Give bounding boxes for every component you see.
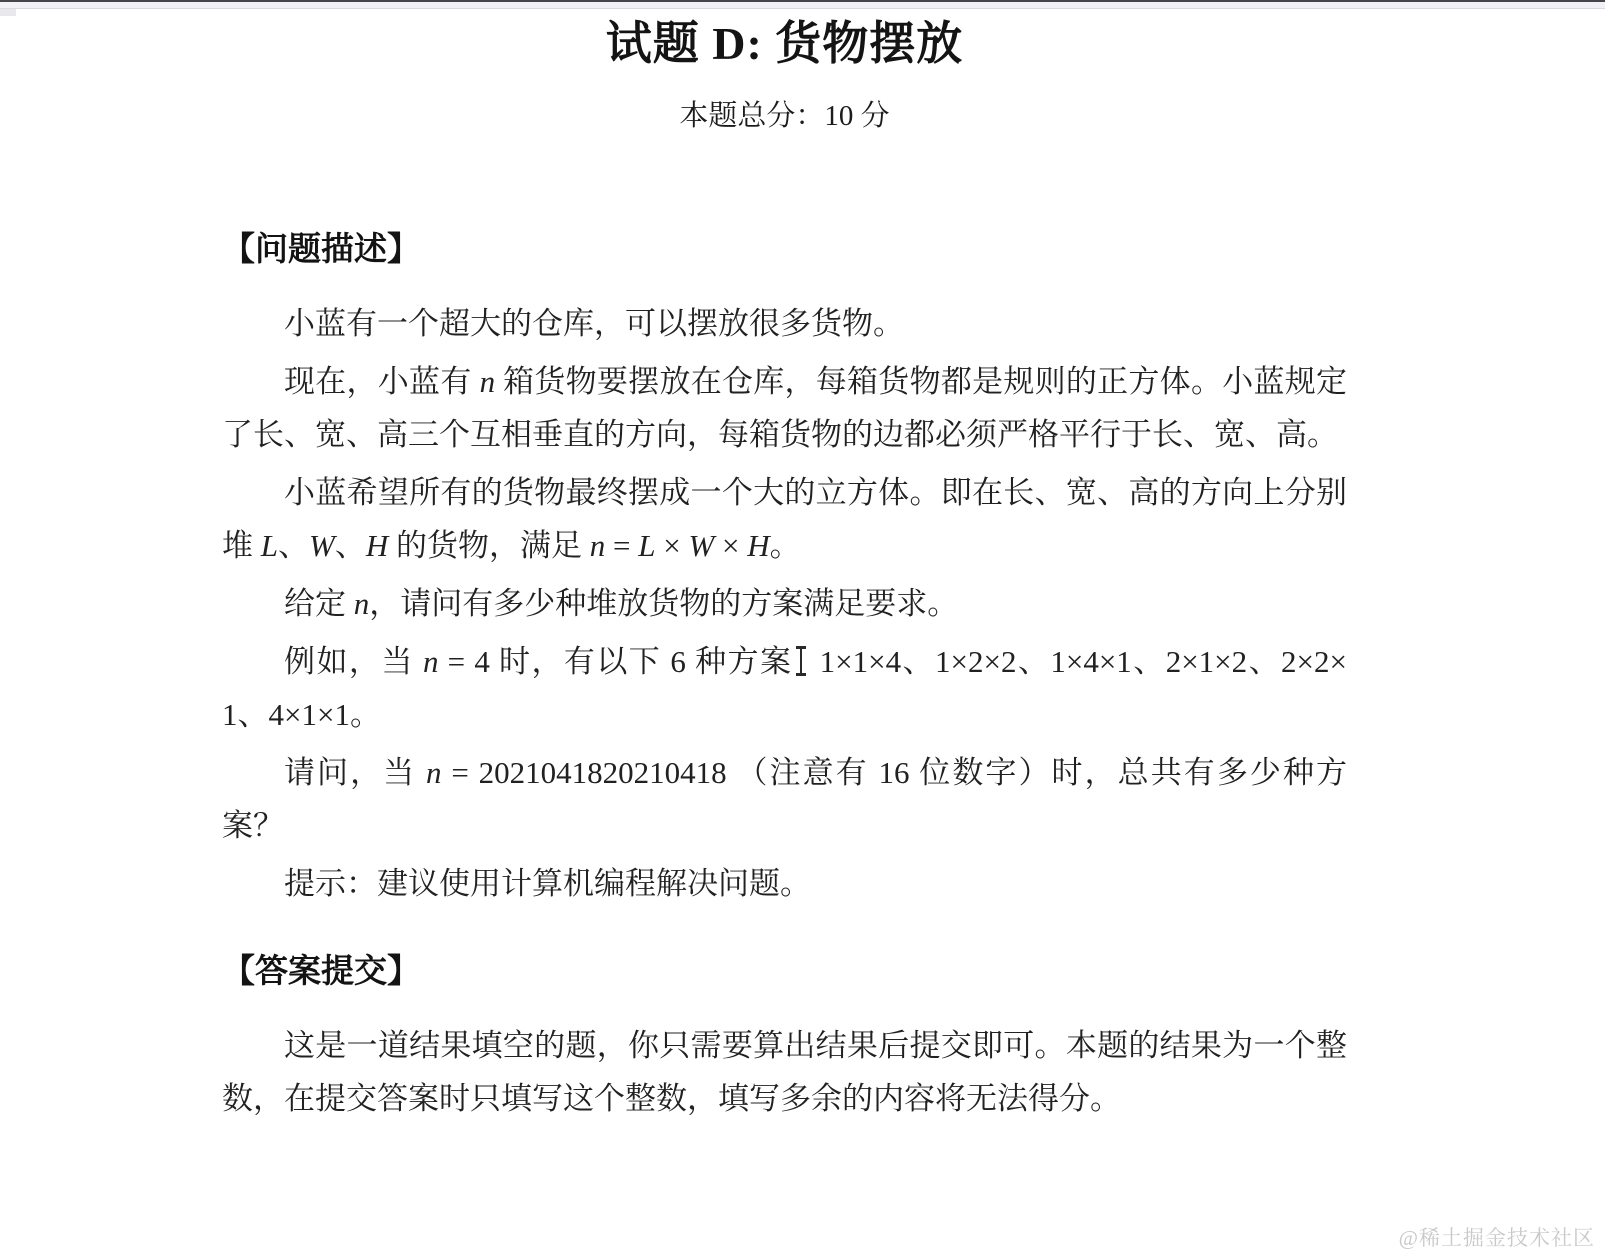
section-body-problem-description: 小蓝有一个超大的仓库，可以摆放很多货物。 现在，小蓝有 n 箱货物要摆放在仓库，… <box>222 297 1347 910</box>
section-body-answer-submission: 这是一道结果填空的题，你只需要算出结果后提交即可。本题的结果为一个整数，在提交答… <box>222 1019 1347 1125</box>
text-run: 例如，当 <box>284 644 423 679</box>
text-run: 现在，小蓝有 <box>284 364 480 399</box>
paragraph: 例如，当 n = 4 时，有以下 6 种方案 1×1×4、1×2×2、1×4×1… <box>222 635 1347 741</box>
text-run: 的货物，满足 <box>388 528 590 563</box>
paragraph: 请问，当 n = 2021041820210418 （注意有 16 位数字）时，… <box>222 746 1347 852</box>
math-variable: n <box>423 644 439 679</box>
math-variable: L <box>261 528 278 563</box>
math-variable: n <box>590 528 606 563</box>
section-heading-answer-submission: 【答案提交】 <box>222 952 1347 993</box>
paragraph: 这是一道结果填空的题，你只需要算出结果后提交即可。本题的结果为一个整数，在提交答… <box>222 1019 1347 1125</box>
page-subtitle: 本题总分：10 分 <box>222 98 1347 134</box>
text-run: ，请问有多少种堆放货物的方案满足要求。 <box>369 586 958 621</box>
page-title: 试题 D: 货物摆放 <box>222 15 1347 73</box>
text-run: 小蓝有一个超大的仓库，可以摆放很多货物。 <box>284 306 904 341</box>
window-top-strip <box>0 0 1605 9</box>
paragraph: 现在，小蓝有 n 箱货物要摆放在仓库，每箱货物都是规则的正方体。小蓝规定了长、宽… <box>222 355 1347 461</box>
text-run: 提示：建议使用计算机编程解决问题。 <box>284 866 811 901</box>
text-run: 。 <box>770 528 801 563</box>
paragraph: 给定 n，请问有多少种堆放货物的方案满足要求。 <box>222 577 1347 630</box>
math-variable: W <box>688 528 714 563</box>
paragraph: 小蓝希望所有的货物最终摆成一个大的立方体。即在长、宽、高的方向上分别堆 L、W、… <box>222 466 1347 572</box>
math-variable: H <box>366 528 388 563</box>
problem-document: 试题 D: 货物摆放 本题总分：10 分 【问题描述】 小蓝有一个超大的仓库，可… <box>0 9 1605 1125</box>
text-run: × <box>714 528 747 563</box>
text-run: 、 <box>278 528 309 563</box>
text-run: 、 <box>335 528 366 563</box>
paragraph: 提示：建议使用计算机编程解决问题。 <box>222 857 1347 910</box>
text-run: 请问，当 <box>284 755 426 790</box>
text-run: 给定 <box>284 586 354 621</box>
text-run: = <box>605 528 638 563</box>
text-run: × <box>655 528 688 563</box>
math-variable: n <box>426 755 442 790</box>
text-cursor-icon <box>794 646 808 676</box>
text-run: 这是一道结果填空的题，你只需要算出结果后提交即可。本题的结果为一个整数，在提交答… <box>222 1028 1347 1116</box>
paragraph: 小蓝有一个超大的仓库，可以摆放很多货物。 <box>222 297 1347 350</box>
math-variable: n <box>480 364 496 399</box>
document-page: 试题 D: 货物摆放 本题总分：10 分 【问题描述】 小蓝有一个超大的仓库，可… <box>0 0 1605 1258</box>
section-heading-problem-description: 【问题描述】 <box>222 230 1347 271</box>
math-variable: n <box>354 586 370 621</box>
math-variable: L <box>638 528 655 563</box>
watermark: @稀土掘金技术社区 <box>1399 1222 1595 1252</box>
math-variable: H <box>747 528 769 563</box>
text-run: = 4 时，有以下 6 种方案 <box>438 644 792 679</box>
math-variable: W <box>309 528 335 563</box>
